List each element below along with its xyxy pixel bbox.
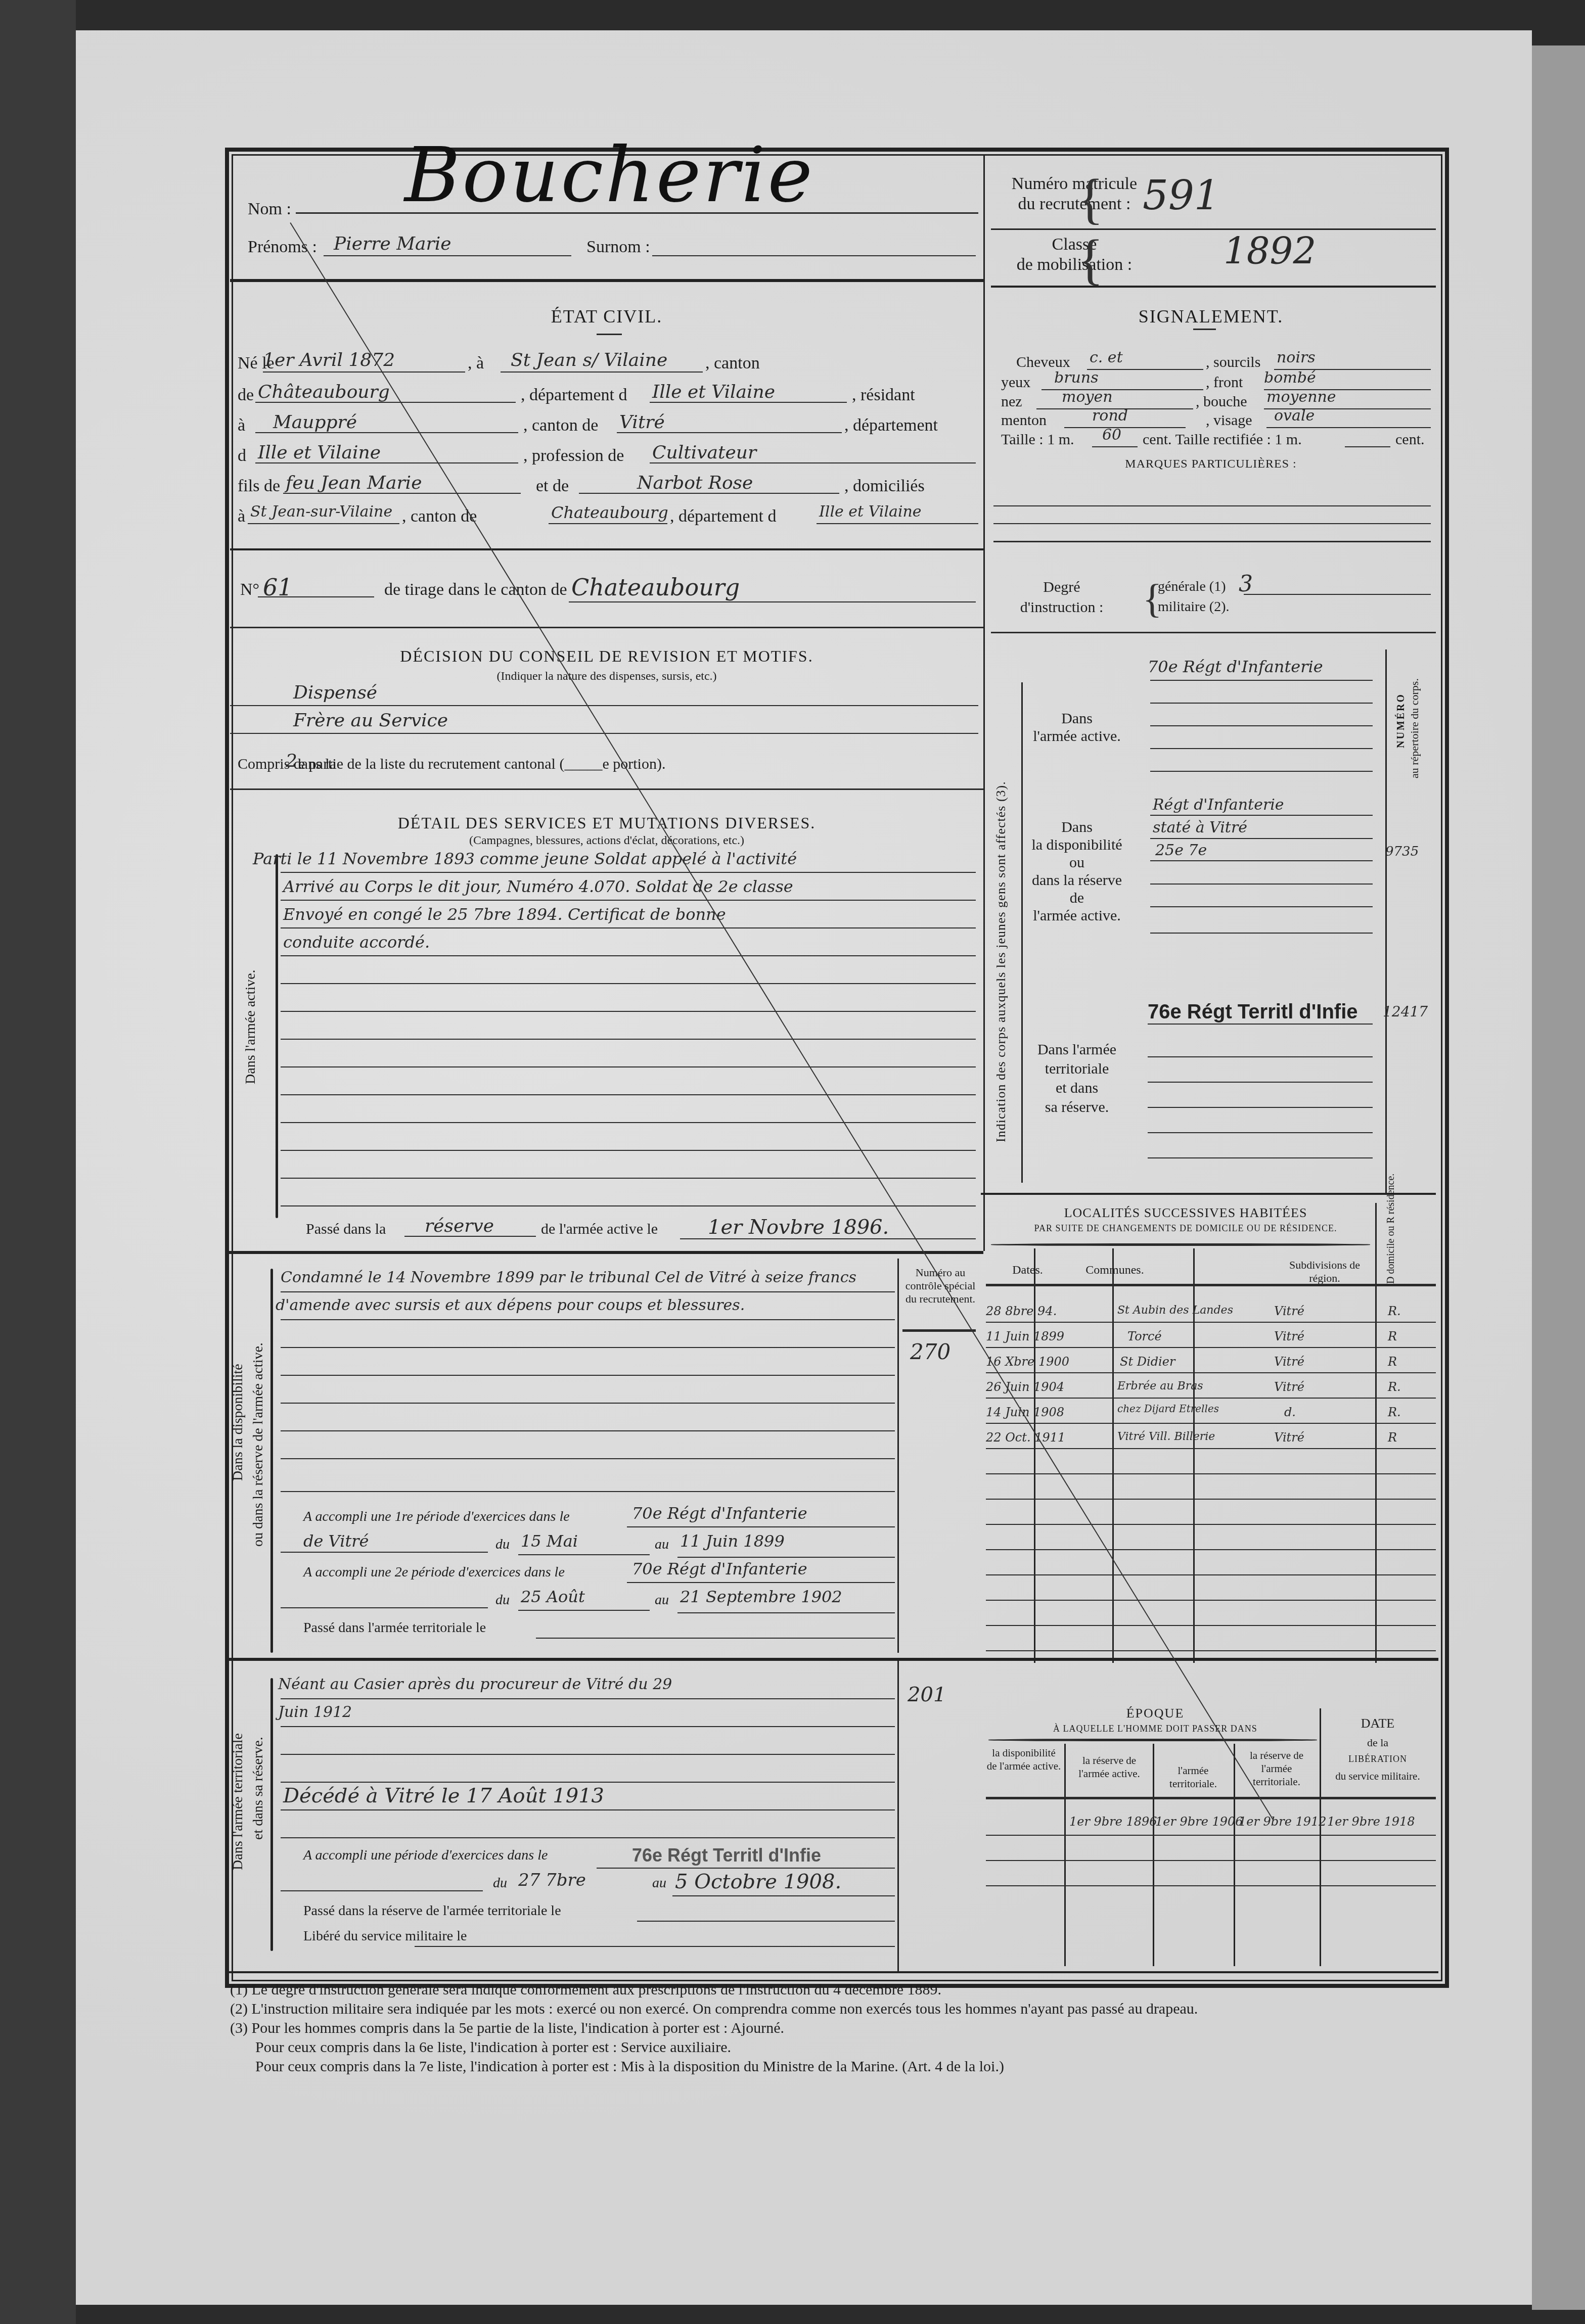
front-value: bombé [1264,369,1316,387]
book-binding-left [0,0,76,2324]
bouche-label: , bouche [1196,393,1247,410]
prenoms-field-line [324,255,571,256]
field-line [255,462,518,463]
corps-dispo-label-5: de [1026,890,1127,907]
periode2-value: 70e Régt d'Infanterie [632,1559,807,1578]
field-line [1345,446,1390,447]
field-line [281,1150,976,1151]
field-line [1148,1024,1373,1025]
epoque-value-reserve-active: 1er 9bre 1896 [1069,1815,1157,1829]
field-line [281,1837,895,1838]
field-line [1150,771,1373,772]
field-line [281,1552,488,1553]
divider [225,1971,1438,1973]
territoriale-side-label-2: et dans sa réserve. [250,1737,266,1840]
divider [230,279,983,282]
row-date: 11 Juin 1899 [986,1329,1064,1343]
nom-field-line [296,212,978,214]
field-line [1148,1132,1373,1133]
divider [902,1329,976,1332]
passe-reserve-value: réserve [425,1216,494,1236]
services-line-3: Envoyé en congé le 25 7bre 1894. Certifi… [283,905,726,924]
du-label: du [495,1537,510,1553]
visage-label: , visage [1206,412,1252,429]
divider [230,788,983,790]
row-dr: R. [1388,1405,1401,1419]
field-line [281,1782,895,1783]
territoriale-side-label-1: Dans l'armée territoriale [230,1733,246,1870]
numero-controle-label: Numéro au contrôle spécial du recrutemen… [900,1266,981,1306]
matricule-label-1: Numéro matricule [1006,174,1143,194]
field-line [258,596,374,597]
liberation-sub-3: du service militaire. [1322,1769,1433,1783]
col-domicile-residence: D domicile ou R résidence. [1385,1174,1397,1284]
book-page-edge-right [1532,45,1585,2310]
corps-active-label-2: l'armée active. [1026,728,1127,745]
field-line [248,523,399,524]
liberation-title: DATE [1322,1716,1433,1731]
row-subdivision: Vitré [1274,1380,1304,1394]
field-line [415,1946,895,1947]
field-line [281,1607,488,1608]
row-line [986,1322,1436,1323]
yeux-label: yeux [1001,374,1030,391]
field-line [1148,1082,1373,1083]
row-line [986,1600,1436,1601]
field-line [518,1610,650,1611]
row-line [986,1398,1436,1399]
row-date: 22 Oct. 1911 [986,1430,1065,1445]
title-rule [597,334,622,335]
column-divider [1021,682,1023,1183]
departement-residence-value: Ille et Vilaine [258,442,381,463]
field-line [281,1754,895,1755]
de-label: de [238,386,254,405]
title-rule [1193,329,1216,330]
territoriale-deces: Décédé à Vitré le 17 Août 1913 [283,1784,604,1807]
prenoms-label: Prénoms : [248,238,317,257]
field-line [1150,680,1373,681]
du-label: du [495,1592,510,1608]
services-side-label: Dans l'armée active. [243,969,259,1084]
classe-label-2: de mobilisation : [1006,255,1143,274]
departement-domicile-value: Ille et Vilaine [819,503,922,521]
row-line [986,1499,1436,1500]
field-line [281,1698,895,1699]
row-subdivision: Vitré [1274,1304,1304,1318]
militaire-label: militaire (2). [1158,599,1230,615]
profession-value: Cultivateur [652,442,756,463]
field-line [617,432,842,433]
row-dr: R [1388,1355,1397,1369]
field-line [1087,369,1203,370]
periode1-au-value: 11 Juin 1899 [680,1531,785,1551]
cent-label: cent. [1395,431,1424,448]
tirage-no-label: N° [240,580,259,599]
territoriale-periode-stamp: 76e Régt Territl d'Infie [632,1845,821,1866]
field-line [281,1809,895,1810]
row-dr: R. [1388,1380,1401,1394]
field-line [281,1205,976,1206]
tirage-canton-value: Chateaubourg [571,574,740,601]
column-divider [1385,649,1387,1193]
field-line [1092,446,1138,447]
epoque-col-reserve-active: la réserve de l'armée active. [1067,1754,1152,1780]
divider [991,632,1436,633]
row-line [986,1835,1436,1836]
field-line [1150,906,1373,907]
field-line [627,1582,895,1583]
row-date: 26 Juin 1904 [986,1380,1064,1394]
row-commune: Vitré Vill. Billerie [1117,1430,1215,1443]
column-divider [983,154,985,1251]
compris-value: 2 [286,751,297,771]
liberation-sub-2: LIBÉRATION [1322,1754,1433,1764]
disponibilite-side-label-1: Dans la disponibilité [230,1364,246,1481]
field-line [993,505,1431,506]
au-label: au [652,1875,666,1891]
field-line [230,705,978,706]
periode1-du-value: 15 Mai [521,1531,578,1551]
col-subdivisions: Subdivisions de région. [1274,1259,1375,1285]
field-line [1148,1157,1373,1158]
passe-reserve-label: Passé dans la [306,1221,386,1238]
periode1-label: A accompli une 1re période d'exercices d… [303,1509,570,1525]
localites-subtitle: PAR SUITE DE CHANGEMENTS DE DOMICILE OU … [983,1223,1388,1234]
column-divider [1153,1744,1154,1966]
row-line [986,1372,1436,1373]
divider [986,1797,1436,1799]
brace-icon [270,1269,273,1653]
generale-value: 3 [1239,571,1253,597]
field-line [1148,1107,1373,1108]
canton-domicile-value: Chateaubourg [551,503,668,522]
field-line [281,1178,976,1179]
degre-label-2: d'instruction : [1006,599,1117,616]
corps-dispo-value-3: 25e 7e [1155,842,1207,859]
field-line [1150,838,1373,839]
row-line [986,1347,1436,1348]
corps-dispo-numero: 9735 [1385,844,1419,859]
corps-dispo-label-6: l'armée active. [1026,907,1127,924]
profession-label: , profession de [523,446,624,466]
row-commune: chez Dijard Etrelles [1117,1403,1219,1415]
nom-value: Boucherie [404,131,814,219]
row-dr: R [1388,1430,1397,1445]
column-divider [1234,1744,1235,1966]
footnote-4: Pour ceux compris dans la 6e liste, l'in… [255,2039,731,2056]
passe-territoriale-label: Passé dans l'armée territoriale le [303,1620,486,1636]
epoque-col-reserve-territoriale: la réserve de l'armée territoriale. [1236,1749,1317,1788]
passe-reserve-suffix: de l'armée active le [541,1221,658,1238]
row-line [986,1574,1436,1575]
departement-domicile-label: , département d [670,507,777,526]
corps-dispo-label-4: dans la réserve [1026,872,1127,889]
decorative-rule [988,1739,1317,1741]
corps-dispo-value-1: Régt d'Infanterie [1153,796,1284,814]
signalement-title: SIGNALEMENT. [986,306,1436,327]
field-line [650,462,976,463]
corps-dispo-label-3: ou [1026,854,1127,871]
cheveux-label: Cheveux [1016,354,1070,371]
row-line [986,1650,1436,1651]
nez-label: nez [1001,393,1022,410]
territoriale-numero-value: 201 [908,1683,946,1706]
menton-value: rond [1092,407,1128,425]
field-line [569,601,976,602]
departement-residence-label: , département [844,416,938,435]
canton-naissance-value: Châteaubourg [258,382,390,402]
classe-label-1: Classe [1006,235,1143,254]
field-line [281,1347,895,1348]
corps-active-label-1: Dans [1026,710,1127,727]
services-title: DÉTAIL DES SERVICES ET MUTATIONS DIVERSE… [230,814,983,832]
au-label: au [655,1537,669,1553]
divider [230,548,983,550]
field-line [501,371,703,373]
departement-naissance-value: Ille et Vilaine [652,382,775,402]
classe-value: 1892 [1224,230,1316,272]
col-dates: Dates. [986,1264,1069,1277]
numero-controle-value: 270 [910,1339,950,1364]
compris-suffix: e partie de la liste du recrutement cant… [298,756,665,773]
field-line [597,1868,895,1869]
column-divider [1112,1248,1114,1663]
field-line [255,402,516,403]
divider [225,1251,983,1254]
epoque-col-disponibilite: la disponibilité de l'armée active. [986,1746,1062,1773]
field-line [1150,815,1373,816]
divider [991,286,1436,288]
lieu-label: , à [468,354,484,373]
departement-label: , département d [521,386,627,405]
services-line-1: Parti le 11 Novembre 1893 comme jeune So… [253,849,797,868]
divider [225,1658,1438,1661]
au-label: au [655,1592,669,1608]
row-subdivision: d. [1284,1405,1296,1419]
fils-de-label: fils de [238,477,280,496]
field-line [579,493,839,494]
surnom-field-line [652,255,976,256]
territoriale-line-1: Néant au Casier après du procureur de Vi… [278,1676,672,1693]
lieu-naissance-value: St Jean s/ Vilaine [511,350,667,370]
sourcils-value: noirs [1277,349,1316,366]
prenoms-value: Pierre Marie [334,234,451,254]
residant-label: , résidant [852,386,915,405]
territoriale-line-2: Juin 1912 [278,1703,352,1721]
field-line [281,872,976,873]
decision-line-1: Dispensé [293,682,377,703]
yeux-value: bruns [1054,369,1099,387]
periode2-au-value: 21 Septembre 1902 [680,1587,842,1606]
row-dr: R [1388,1329,1397,1343]
field-line [1150,933,1373,934]
field-line [281,1291,895,1292]
field-line [281,1890,483,1891]
row-subdivision: Vitré [1274,1430,1304,1445]
divider [981,1193,1436,1195]
row-date: 28 8bre 94. [986,1304,1057,1318]
row-line [986,1625,1436,1626]
footnote-1: (1) Le degré d'instruction générale sera… [230,1981,941,1998]
field-line [281,1403,895,1404]
field-line [281,983,976,984]
tirage-label: de tirage dans le canton de [384,580,567,599]
field-line [281,1094,976,1095]
disponibilite-side-label-2: ou dans la réserve de l'armée active. [250,1342,266,1547]
decision-line-2: Frère au Service [293,710,448,731]
column-divider [897,1658,899,1971]
d-label: d [238,446,246,466]
brace-icon: { [1077,167,1104,231]
epoque-col-territoriale: l'armée territoriale. [1155,1764,1231,1790]
row-line [986,1549,1436,1550]
field-line [637,1921,895,1922]
canton-residence-label: , canton de [523,416,598,435]
column-divider [897,1259,899,1653]
canton-label: , canton [705,354,760,373]
row-line [986,1524,1436,1525]
epoque-subtitle: À LAQUELLE L'HOMME DOIT PASSER DANS [983,1724,1327,1734]
disponibilite-line-2: d'amende avec sursis et aux dépens pour … [276,1296,745,1314]
taille-value: 60 [1102,426,1121,444]
corps-active-value: 70e Régt d'Infanterie [1148,657,1323,676]
brace-icon: { [1077,227,1104,292]
field-line [281,1319,895,1320]
field-line [281,1122,976,1123]
field-line [1150,748,1373,749]
field-line [281,1458,895,1459]
generale-label: générale (1) [1158,579,1226,595]
epoque-value-territoriale: 1er 9bre 1906 [1155,1815,1243,1829]
du-label: du [493,1875,507,1891]
nom-label: Nom : [248,200,291,219]
column-divider [1375,1203,1377,1663]
row-subdivision: Vitré [1274,1329,1304,1343]
services-line-2: Arrivé au Corps le dit jour, Numéro 4.07… [283,877,793,896]
field-line [549,523,667,524]
liberation-sub-1: de la [1322,1736,1433,1749]
divider [993,541,1431,542]
epoque-title: ÉPOQUE [983,1706,1327,1721]
row-line [986,1860,1436,1861]
field-line [677,1612,895,1613]
field-line [1150,884,1373,885]
matricule-label-2: du recrutement : [1006,195,1143,214]
disponibilite-line-1: Condamné le 14 Novembre 1899 par le trib… [281,1269,856,1286]
territoriale-periode-au: 5 Octobre 1908. [675,1870,841,1893]
row-subdivision: Vitré [1274,1355,1304,1369]
field-line [680,1238,976,1239]
corps-territoriale-stamp: 76e Régt Territl d'Infie [1148,1001,1358,1024]
corps-dispo-label-1: Dans [1026,819,1127,836]
corps-terr-label-1: Dans l'armée [1026,1041,1127,1058]
corps-dispo-label-2: la disponibilité [1026,836,1127,854]
divider [991,228,1436,230]
column-divider [1064,1744,1066,1966]
brace-icon [270,1678,273,1951]
field-line [281,1491,895,1492]
domicile-parents-value: St Jean-sur-Vilaine [250,503,392,521]
field-line [281,955,976,956]
numero-repertoire-label-1: NUMÉRO [1395,693,1407,748]
field-line [650,402,847,403]
sourcils-label: , sourcils [1206,354,1260,371]
a-label: à [238,507,245,526]
services-subtitle: (Campagnes, blessures, actions d'éclat, … [230,834,983,848]
periode1-location: de Vitré [303,1531,369,1551]
visage-value: ovale [1274,407,1315,425]
corps-terr-label-3: et dans [1026,1080,1127,1097]
front-label: , front [1206,374,1243,391]
pere-value: feu Jean Marie [286,473,422,493]
decorative-rule [991,1243,1370,1246]
footnote-5: Pour ceux compris dans la 7e liste, l'in… [255,2058,1004,2075]
corps-terr-label-4: sa réserve. [1026,1099,1127,1116]
field-line [993,523,1431,524]
field-line [404,1236,536,1237]
field-line [281,1430,895,1431]
numero-repertoire-label-2: au répertoire du corps. [1408,678,1421,778]
taille-label: Taille : 1 m. [1001,431,1074,448]
row-commune: St Didier [1120,1355,1175,1369]
surnom-label: Surnom : [586,238,650,257]
domicilies-label: , domiciliés [844,477,925,496]
field-line [672,1895,895,1896]
cheveux-value: c. et [1090,349,1123,366]
divider [230,627,983,628]
field-line [1148,1056,1373,1057]
decision-title: DÉCISION DU CONSEIL DE REVISION ET MOTIF… [230,647,983,666]
field-line [281,1039,976,1040]
field-line [1266,427,1431,428]
territoriale-periode-label: A accompli une période d'exercices dans … [303,1847,548,1864]
field-line [1064,427,1186,428]
degre-label-1: Degré [1006,579,1117,596]
corps-terr-label-2: territoriale [1026,1060,1127,1078]
mere-value: Narbot Rose [637,473,753,493]
row-commune: St Aubin des Landes [1117,1304,1233,1317]
field-line [281,927,976,928]
field-line [536,1638,895,1639]
libere-label: Libéré du service militaire le [303,1928,467,1944]
field-line [677,1557,895,1558]
row-line [986,1885,1436,1886]
field-line [1150,725,1373,726]
et-de-label: et de [536,477,569,496]
field-line [1244,594,1431,595]
nez-value: moyen [1062,388,1113,406]
canton-domicile-label: , canton de [402,507,477,526]
divider [986,1284,1436,1286]
field-line [627,1526,895,1527]
decision-subtitle: (Indiquer la nature des dispenses, sursi… [230,670,983,683]
bouche-value: moyenne [1266,388,1336,406]
column-divider [1320,1708,1321,1966]
field-line [281,1375,895,1376]
periode1-value: 70e Régt d'Infanterie [632,1504,807,1523]
footnote-3: (3) Pour les hommes compris dans la 5e p… [230,2020,784,2037]
field-line [817,523,978,524]
periode2-du-value: 25 Août [521,1587,585,1606]
matricule-value: 591 [1143,172,1220,219]
corps-dispo-value-2: staté à Vitré [1153,819,1247,836]
field-line [281,1066,976,1067]
field-line [255,432,518,433]
row-line [986,1448,1436,1449]
services-line-4: conduite accordé. [283,933,430,952]
field-line [283,493,521,494]
